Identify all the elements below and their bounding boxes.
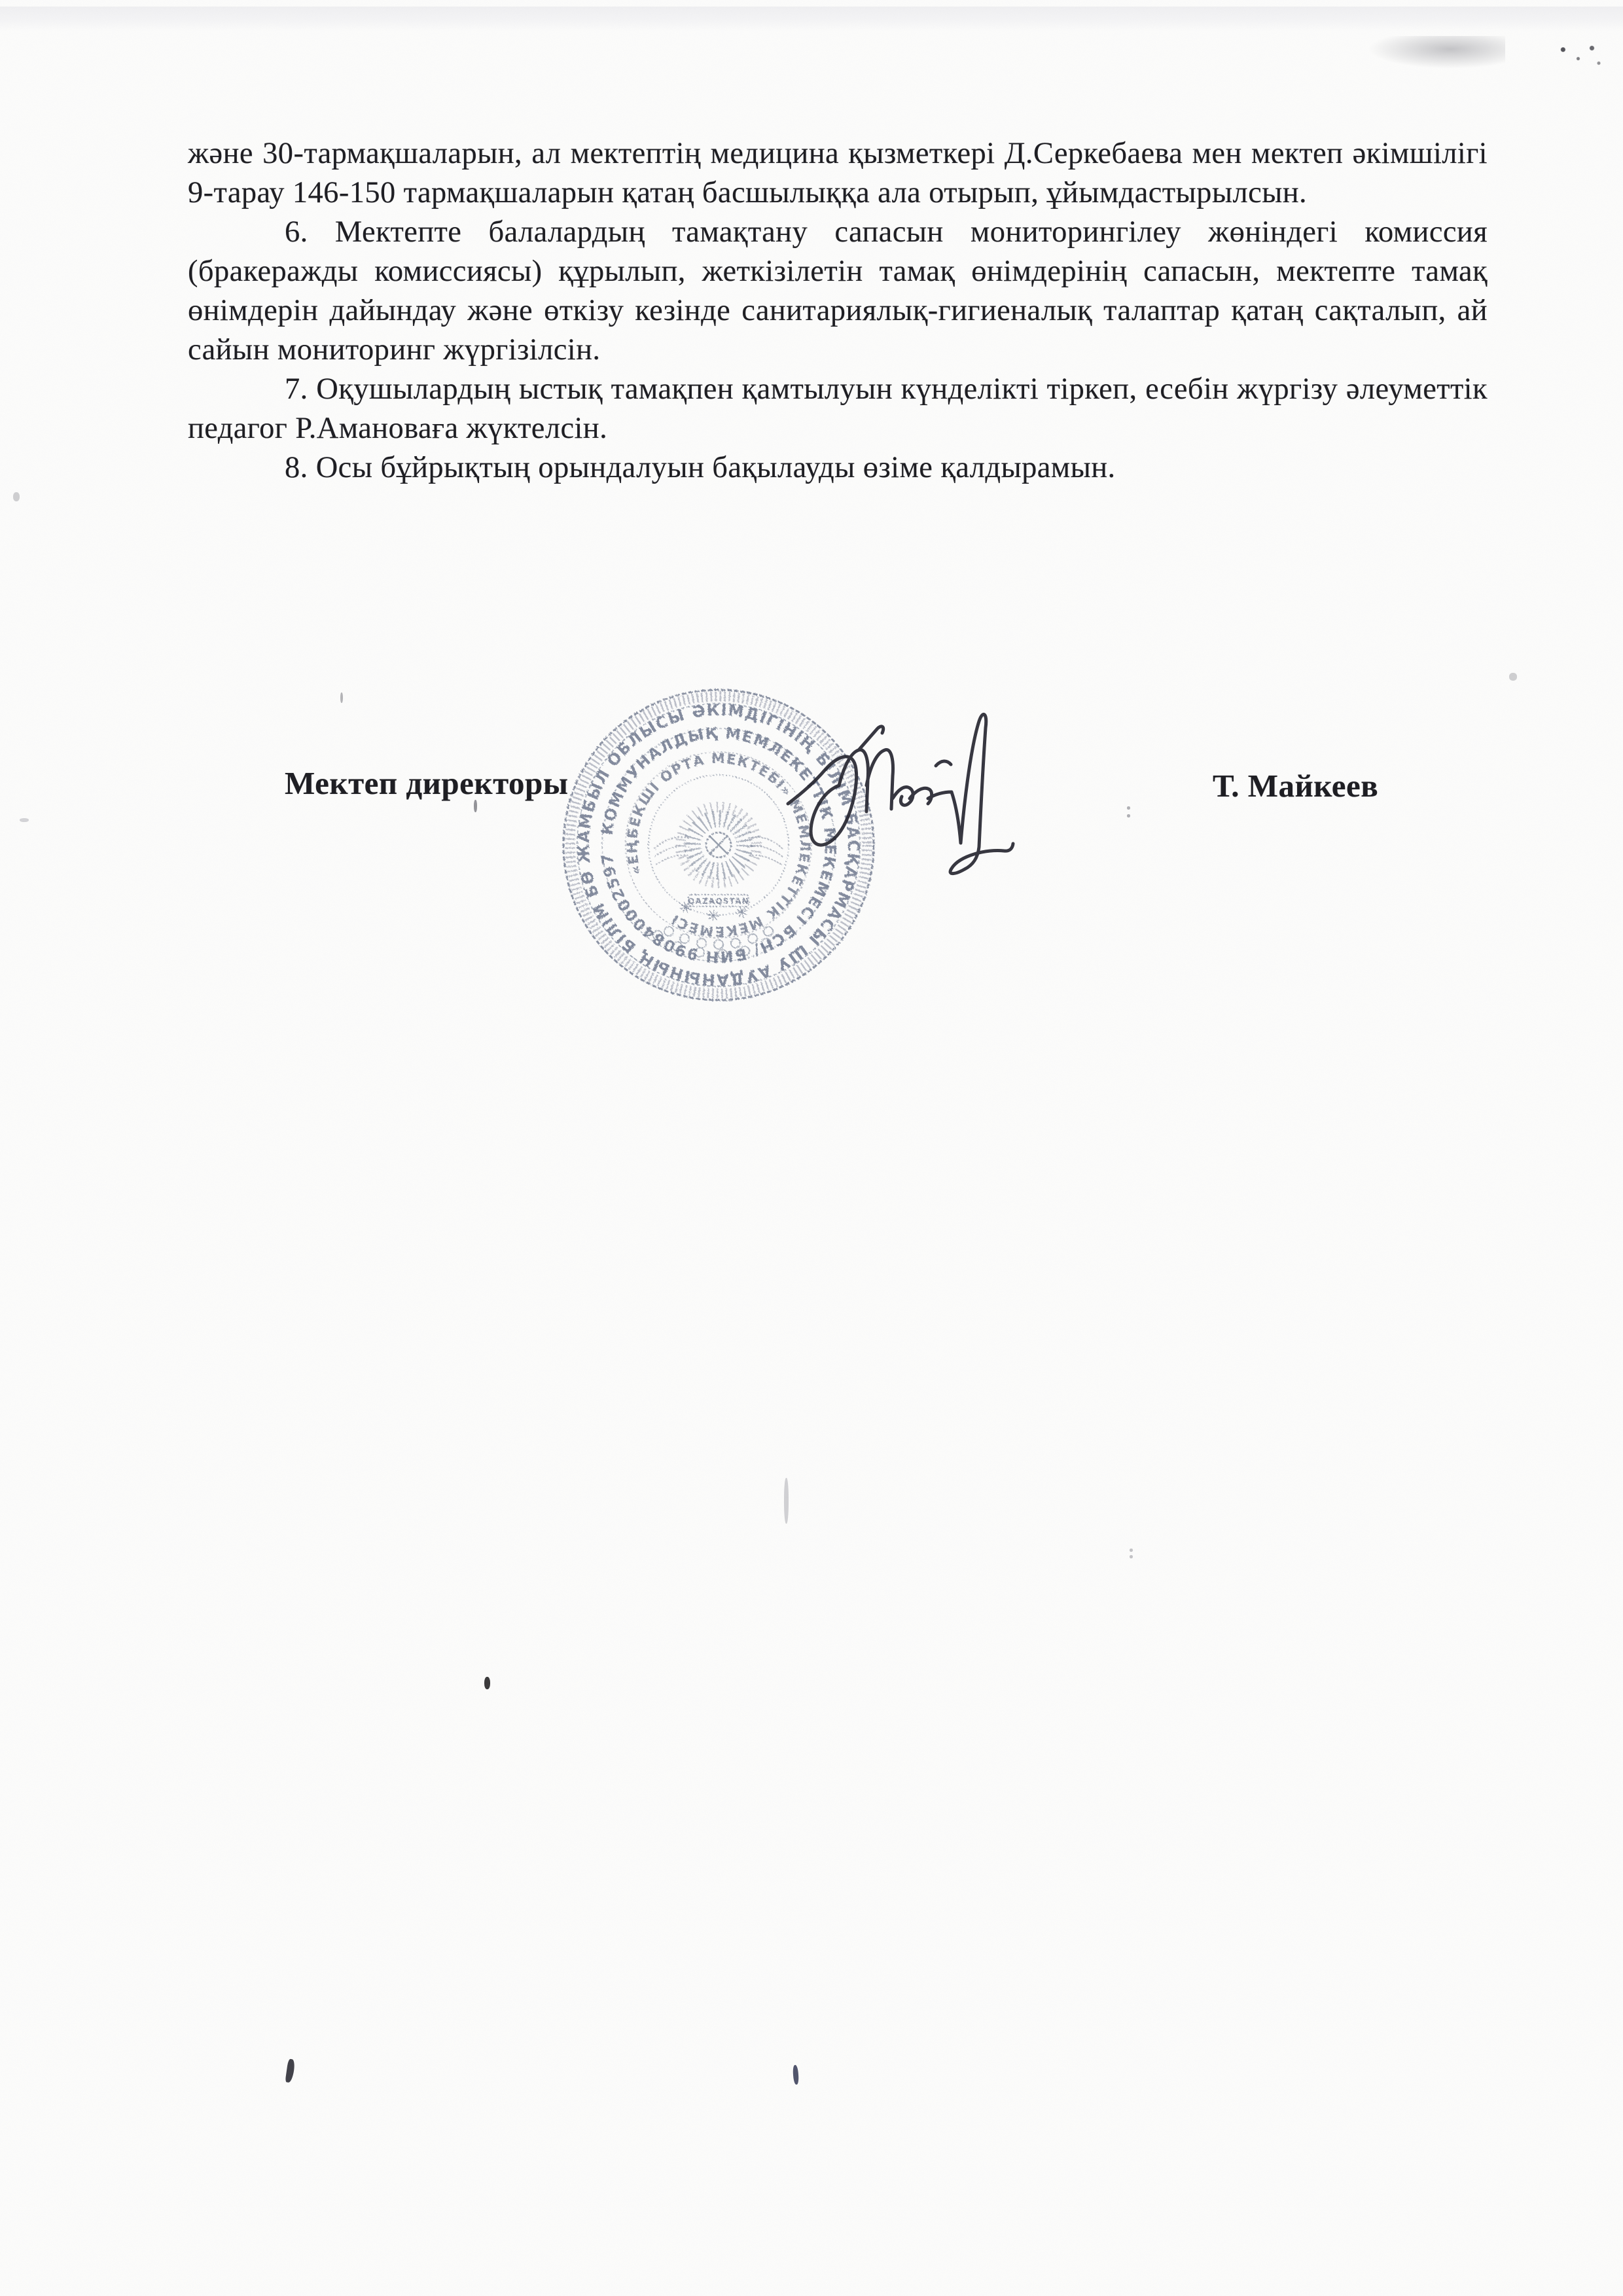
stamp-emblem	[654, 807, 783, 906]
scan-speckle	[484, 1677, 490, 1689]
director-role-label: Мектеп директоры	[285, 764, 569, 802]
paragraph-item-7: 7. Оқушылардың ыстық тамақпен қамтылуын …	[188, 370, 1488, 448]
scan-speckle	[784, 1478, 789, 1524]
director-name: Т. Майкеев	[1213, 767, 1378, 804]
scan-smudge	[1368, 36, 1505, 69]
scan-speckle	[474, 800, 477, 812]
order-body-text: және 30-тармақшаларын, ал мектептің меди…	[188, 134, 1488, 488]
paragraph-item-8: 8. Осы бұйрықтың орындалуын бақылауды өз…	[188, 448, 1488, 488]
scan-speckle	[793, 2065, 799, 2085]
scan-speckle	[340, 692, 343, 703]
scan-speckle	[1509, 673, 1517, 681]
paragraph-continuation: және 30-тармақшаларын, ал мектептің меди…	[188, 134, 1488, 213]
scan-speckle	[1130, 1549, 1133, 1552]
paragraph-item-6: 6. Мектепте балалардың тамақтану сапасын…	[188, 213, 1488, 370]
stamp-center-label: QAZAQSTAN	[688, 897, 749, 906]
scan-speckle	[20, 818, 29, 822]
scan-edge-band	[0, 7, 1623, 31]
scanned-document-page: және 30-тармақшаларын, ал мектептің меди…	[0, 0, 1623, 2296]
scan-speckle	[1127, 806, 1130, 810]
scan-speckle	[13, 492, 20, 501]
scan-corner-marks	[1558, 41, 1603, 71]
director-signature	[779, 687, 1054, 884]
scan-speckle	[285, 2058, 296, 2083]
